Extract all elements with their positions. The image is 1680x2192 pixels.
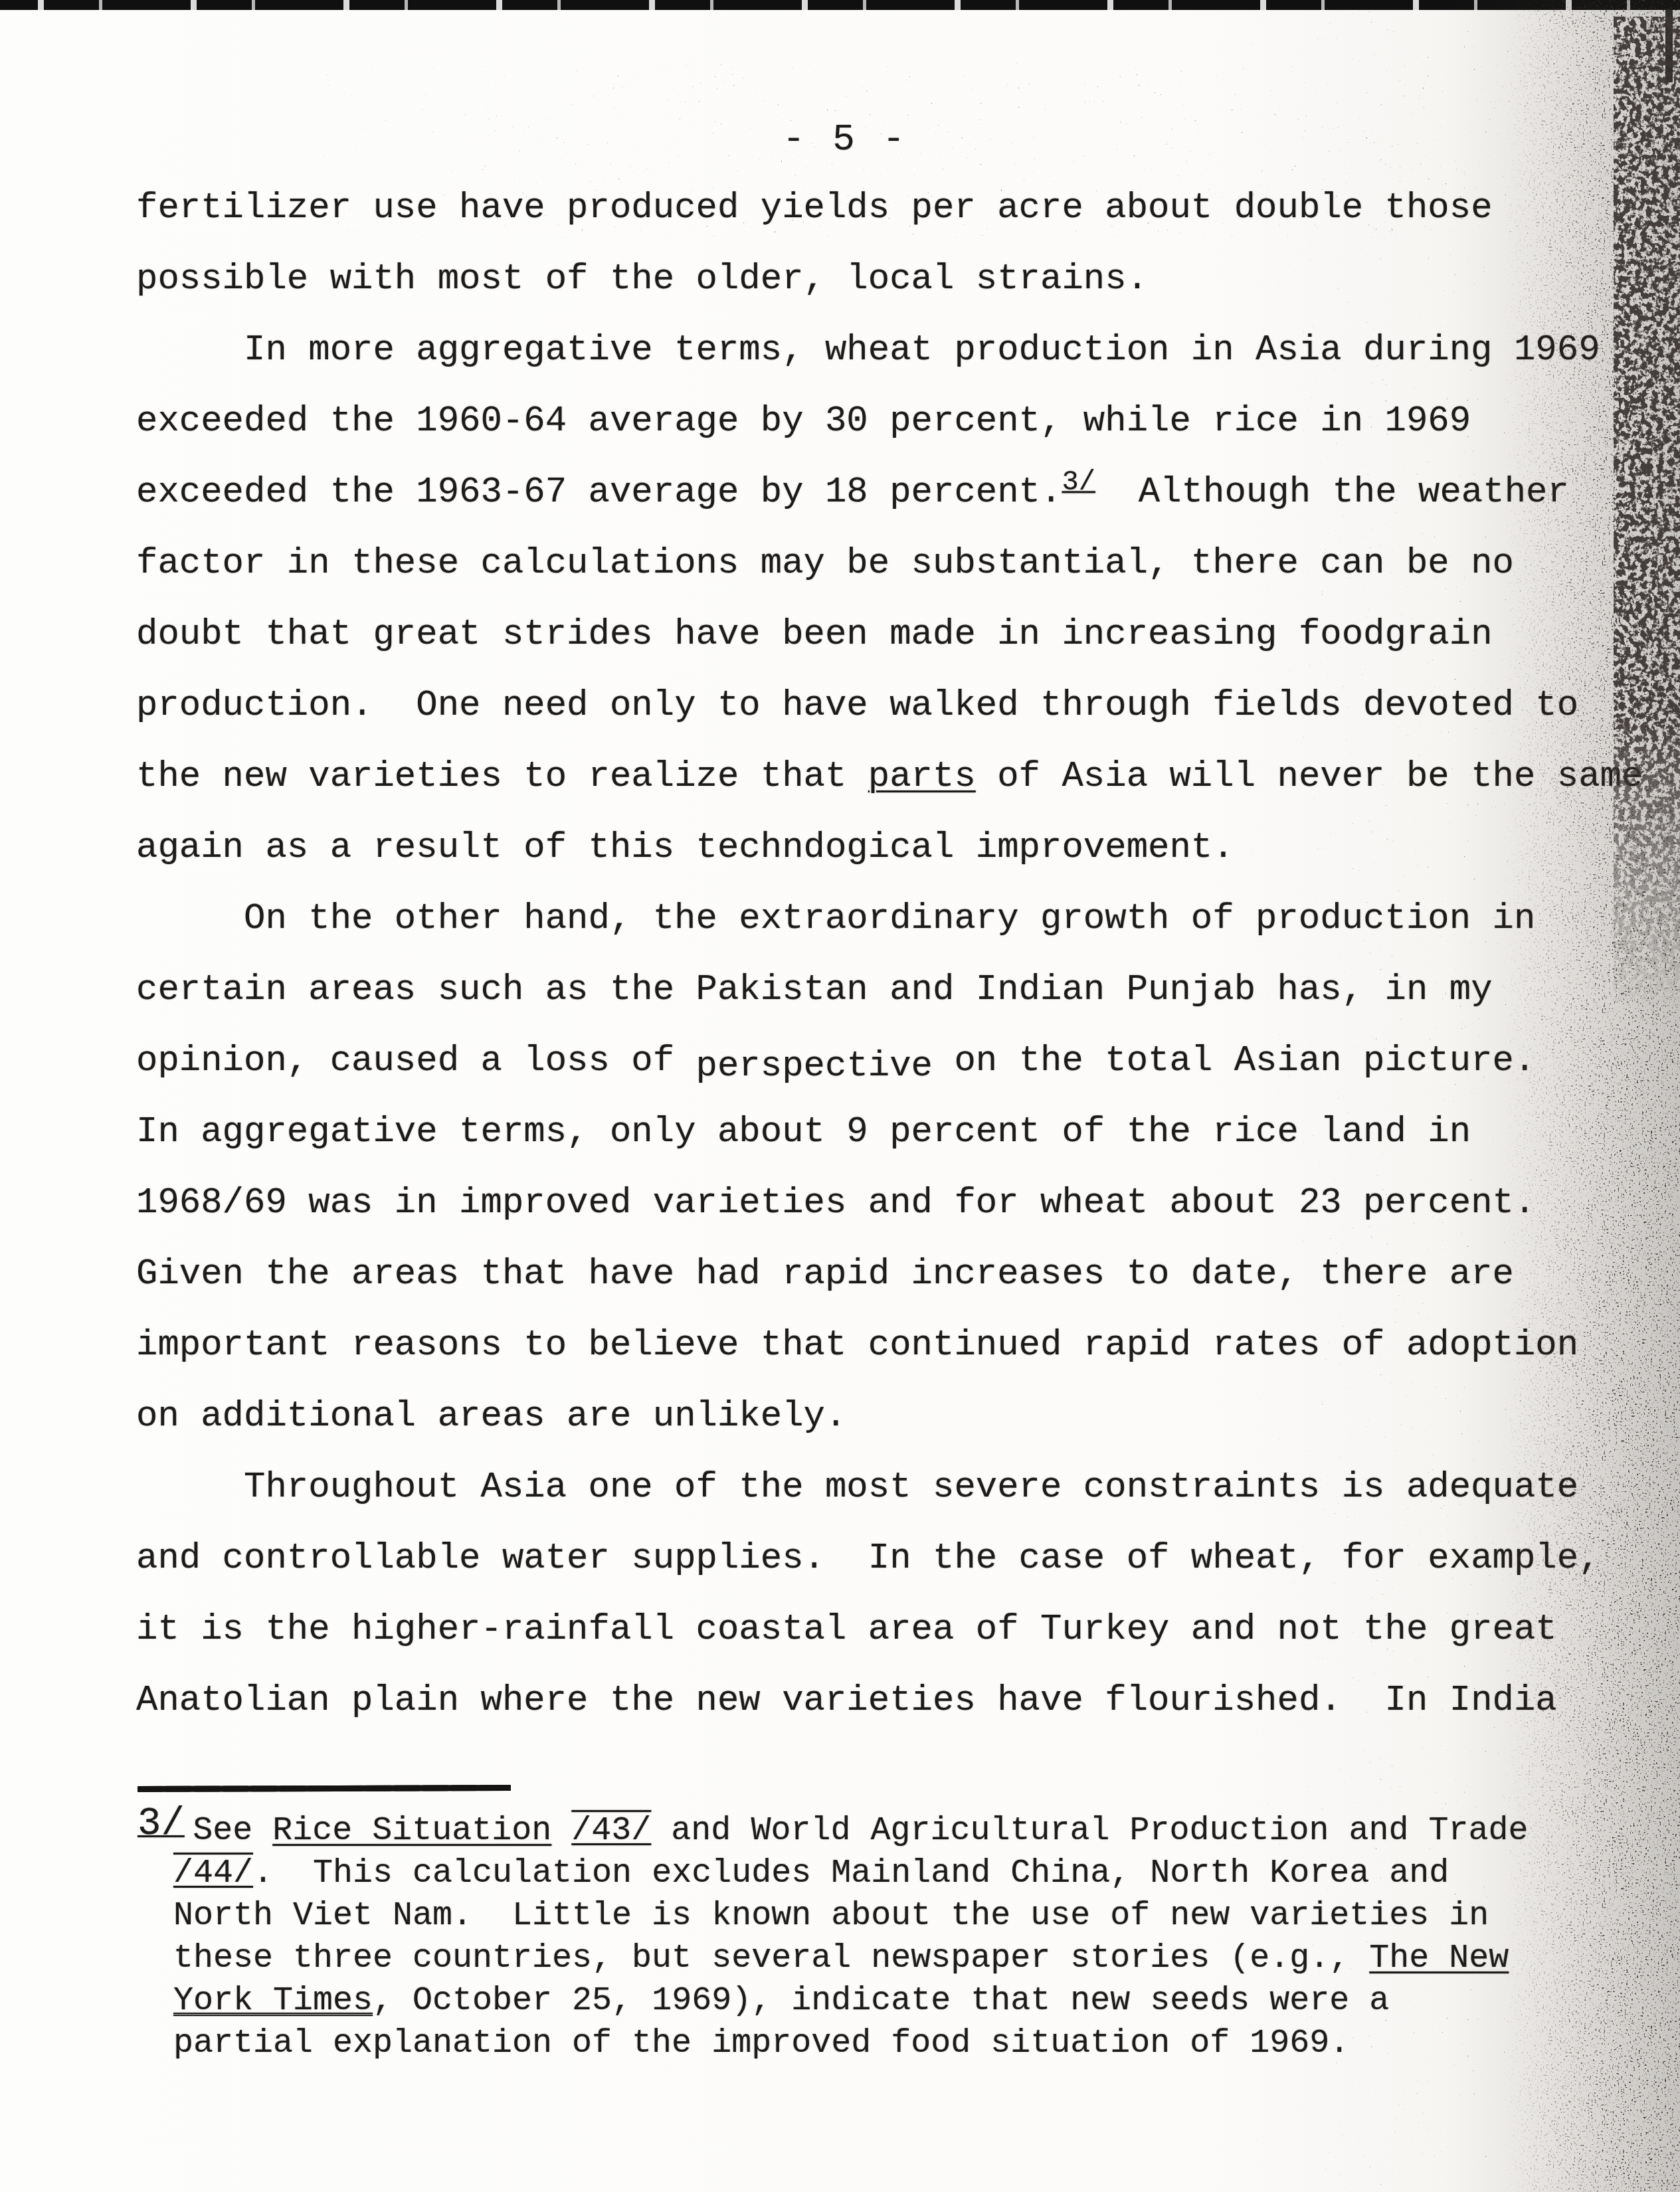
body-line: Given the areas that have had rapid incr… (136, 1239, 1680, 1310)
footnote-text: 3/See Rice Situation /43/ and World Agri… (138, 1808, 1680, 2065)
body-line: exceeded the 1960-64 average by 30 perce… (136, 386, 1680, 457)
footnote-line: 3/See Rice Situation /43/ and World Agri… (138, 1808, 1680, 1853)
body-line: On the other hand, the extraordinary gro… (136, 883, 1680, 955)
body-line: again as a result of this techndogical i… (136, 812, 1680, 883)
body-line: exceeded the 1963-67 average by 18 perce… (136, 457, 1680, 528)
body-line: In aggregative terms, only about 9 perce… (136, 1097, 1680, 1168)
body-line: Anatolian plain where the new varieties … (136, 1665, 1680, 1736)
body-line: important reasons to believe that contin… (136, 1310, 1680, 1381)
footnote-line: North Viet Nam. Little is known about th… (138, 1895, 1680, 1938)
page-number: - 5 - (783, 118, 907, 161)
footnote-line: York Times, October 25, 1969), indicate … (138, 1980, 1680, 2023)
body-line: 1968/69 was in improved varieties and fo… (136, 1168, 1680, 1239)
footnote-divider (138, 1785, 511, 1792)
scan-edge-mark (1665, 9, 1673, 82)
scan-edge-strip (0, 0, 1680, 10)
document-page: - 5 - fertilizer use have produced yield… (0, 0, 1680, 2192)
body-line: it is the higher-rainfall coastal area o… (136, 1594, 1680, 1665)
body-line: Throughout Asia one of the most severe c… (136, 1452, 1680, 1523)
body-line: fertilizer use have produced yields per … (136, 173, 1680, 244)
body-text: fertilizer use have produced yields per … (136, 173, 1680, 1736)
body-line: production. One need only to have walked… (136, 670, 1680, 741)
footnote-line: these three countries, but several newsp… (138, 1938, 1680, 1980)
body-line: opinion, caused a loss of perspective on… (136, 1026, 1680, 1097)
body-line: doubt that great strides have been made … (136, 599, 1680, 670)
body-line: the new varieties to realize that parts … (136, 741, 1680, 812)
footnote-line: partial explanation of the improved food… (138, 2023, 1680, 2065)
body-line: factor in these calculations may be subs… (136, 528, 1680, 599)
body-line: certain areas such as the Pakistan and I… (136, 955, 1680, 1026)
body-line: In more aggregative terms, wheat product… (136, 315, 1680, 386)
body-line: and controllable water supplies. In the … (136, 1523, 1680, 1594)
body-line: on additional areas are unlikely. (136, 1381, 1680, 1452)
body-line: possible with most of the older, local s… (136, 244, 1680, 315)
footnote-line: /44/. This calculation excludes Mainland… (138, 1853, 1680, 1895)
